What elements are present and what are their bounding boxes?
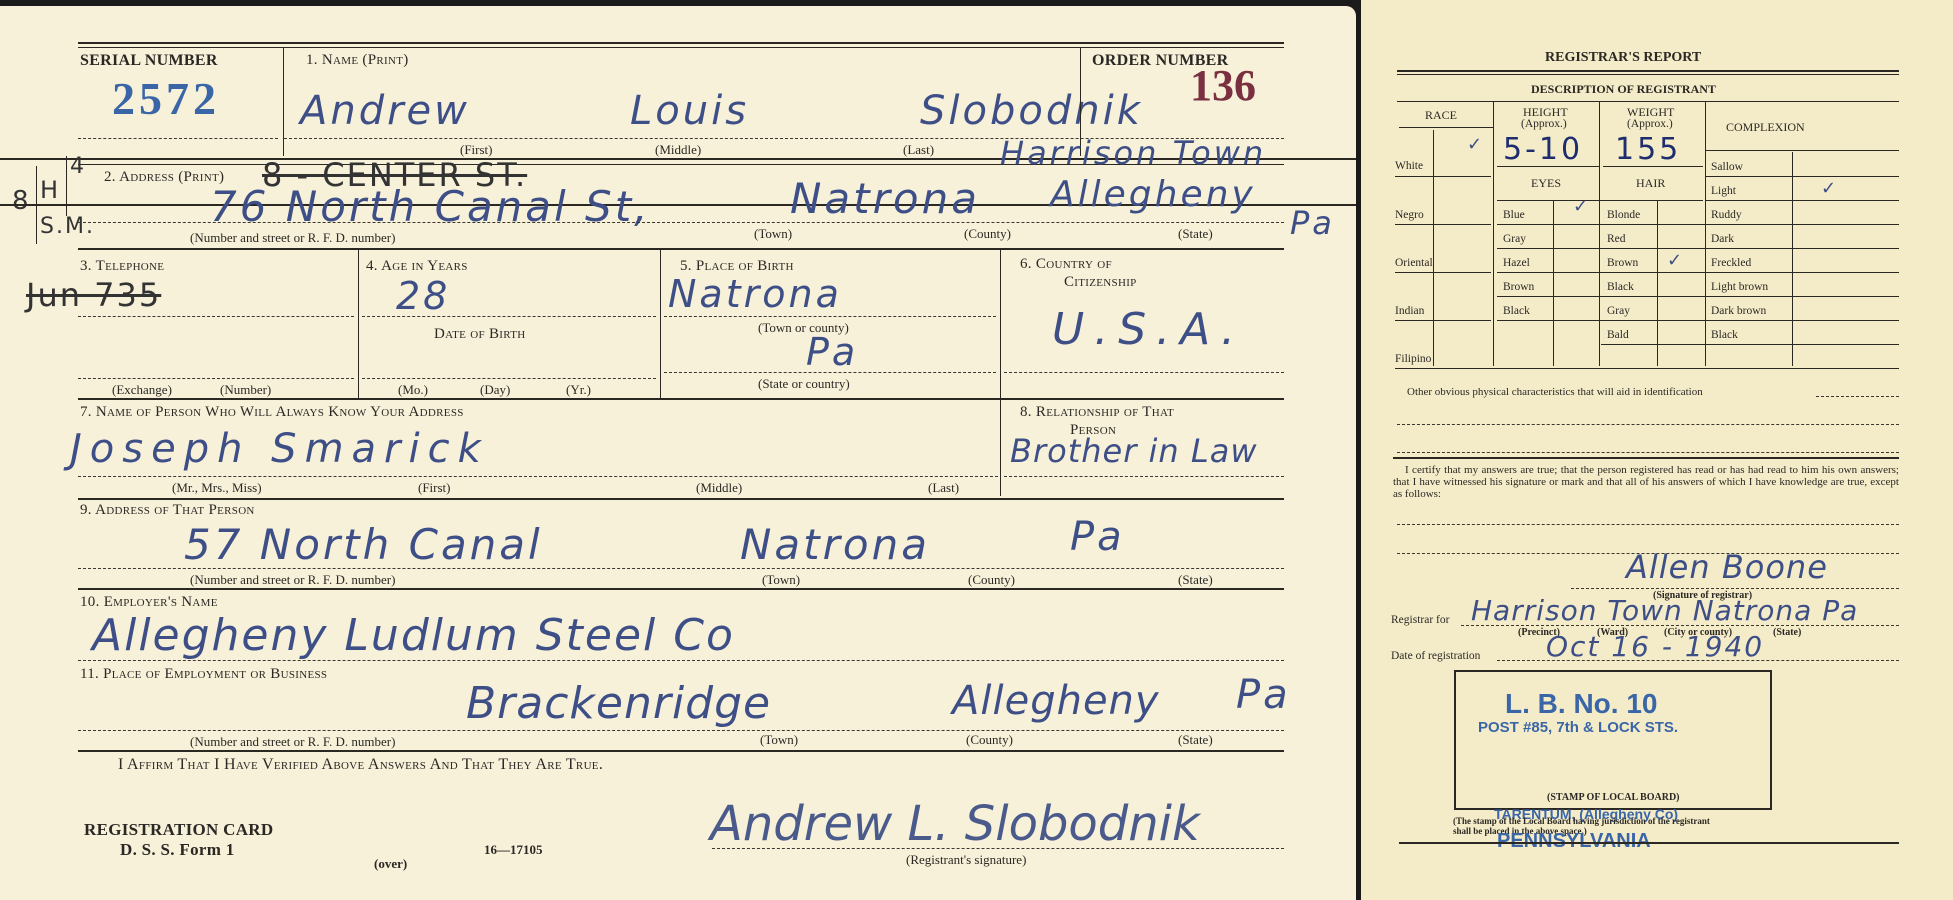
sublabel-last: (Last) — [903, 142, 934, 158]
sublabel-state-or-country: (State or country) — [758, 376, 850, 392]
description-title: DESCRIPTION OF REGISTRANT — [1531, 82, 1716, 97]
sublabel-last: (Last) — [928, 480, 959, 496]
form-code: 16—17105 — [484, 842, 543, 858]
divider — [78, 750, 1284, 752]
complexion-option-black: Black — [1711, 329, 1738, 341]
margin-note: 8 — [12, 186, 31, 216]
divider — [1599, 102, 1600, 366]
citizenship-label-line2: Citizenship — [1064, 274, 1137, 291]
name-last-value: Slobodnik — [920, 88, 1143, 134]
margin-note: 4 — [70, 154, 86, 179]
address-county-value: Allegheny — [1050, 174, 1256, 215]
form-number: D. S. S. Form 1 — [120, 840, 235, 860]
serial-number-label: SERIAL NUMBER — [80, 52, 218, 70]
divider — [362, 378, 656, 379]
divider — [1004, 372, 1284, 373]
race-option-oriental: Oriental — [1395, 257, 1433, 269]
contact-address-label: 9. Address of That Person — [80, 502, 255, 519]
complexion-option-freckled: Freckled — [1711, 257, 1751, 269]
hair-option-black: Black — [1607, 281, 1634, 293]
divider — [1601, 344, 1899, 345]
employer-value: Allegheny Ludlum Steel Co — [92, 610, 735, 661]
sublabel-mo: (Mo.) — [398, 382, 428, 398]
weight-value: 155 — [1615, 132, 1681, 167]
divider — [1792, 152, 1793, 366]
employer-label: 10. Employer's Name — [80, 594, 218, 611]
registrant-signature: Andrew L. Slobodnik — [710, 796, 1200, 852]
divider — [1433, 130, 1434, 366]
hair-check-icon: ✓ — [1667, 250, 1682, 271]
age-label: 4. Age in Years — [366, 258, 468, 275]
place-of-birth-state: Pa — [806, 330, 858, 374]
divider — [1004, 476, 1284, 477]
divider — [78, 222, 1284, 223]
divider — [1397, 74, 1899, 75]
contact-address-street: 57 North Canal — [184, 520, 543, 569]
divider — [1497, 272, 1899, 273]
race-option-indian: Indian — [1395, 305, 1424, 317]
registrant-signature-label: (Registrant's signature) — [906, 852, 1026, 868]
registrar-for-label: Registrar for — [1391, 614, 1449, 626]
telephone-value: Jun 735 — [26, 276, 161, 314]
divider — [78, 568, 1284, 569]
divider — [78, 476, 998, 477]
sublabel-middle: (Middle) — [696, 480, 742, 496]
place-of-employment-county: Allegheny — [952, 678, 1160, 724]
registrar-signature: Allen Boone — [1626, 548, 1828, 586]
divider — [1395, 320, 1491, 321]
divider — [1497, 296, 1899, 297]
divider — [1397, 452, 1899, 453]
height-subheader: (Approx.) — [1521, 118, 1567, 130]
name-first-value: Andrew — [300, 88, 470, 134]
divider — [1603, 166, 1703, 167]
stamp-line1: L. B. No. 10 — [1505, 688, 1657, 720]
divider — [78, 138, 278, 139]
hair-option-brown: Brown — [1607, 257, 1638, 269]
registrars-report-title: REGISTRAR'S REPORT — [1545, 50, 1701, 66]
certification-text: I certify that my answers are true; that… — [1393, 464, 1899, 500]
place-of-birth-town: Natrona — [668, 272, 842, 316]
serial-number-value: 2572 — [112, 72, 220, 125]
hair-option-red: Red — [1607, 233, 1626, 245]
divider — [1399, 842, 1899, 844]
divider — [1497, 166, 1599, 167]
hair-option-gray: Gray — [1607, 305, 1630, 317]
place-of-employment-town: Brackenridge — [466, 678, 771, 729]
sublabel-street: (Number and street or R. F. D. number) — [190, 734, 395, 750]
divider — [78, 42, 1284, 44]
divider — [78, 398, 1284, 400]
divider — [1395, 368, 1899, 369]
place-of-employment-state: Pa — [1236, 672, 1291, 718]
divider — [1571, 588, 1899, 589]
divider — [1497, 224, 1899, 225]
sublabel-town: (Town) — [754, 226, 792, 242]
registrars-report: REGISTRAR'S REPORT DESCRIPTION OF REGIST… — [1361, 0, 1953, 900]
complexion-option-dark-brown: Dark brown — [1711, 305, 1766, 317]
sublabel-yr: (Yr.) — [566, 382, 591, 398]
divider — [78, 730, 1284, 731]
complexion-option-light: Light — [1711, 185, 1736, 197]
sublabel-middle: (Middle) — [655, 142, 701, 158]
race-option-negro: Negro — [1395, 209, 1424, 221]
eyes-option-brown: Brown — [1503, 281, 1534, 293]
other-characteristics-label: Other obvious physical characteristics t… — [1407, 386, 1703, 398]
registration-card: SERIAL NUMBER 2572 1. Name (Print) Andre… — [0, 6, 1356, 900]
complexion-header: COMPLEXION — [1726, 120, 1805, 135]
order-number-value: 136 — [1190, 60, 1256, 111]
sublabel-town: (Town) — [762, 572, 800, 588]
divider — [1461, 625, 1899, 626]
divider — [78, 248, 1284, 250]
over-label: (over) — [374, 856, 407, 872]
divider — [283, 48, 284, 156]
divider — [1395, 224, 1491, 225]
divider — [664, 316, 996, 317]
eyes-option-blue: Blue — [1503, 209, 1525, 221]
divider — [1000, 400, 1001, 496]
affirmation-text: I Affirm That I Have Verified Above Answ… — [118, 756, 603, 774]
date-of-registration-label: Date of registration — [1391, 650, 1480, 662]
date-of-birth-label: Date of Birth — [434, 326, 525, 343]
eyes-header: EYES — [1531, 176, 1561, 191]
sublabel-street: (Number and street or R. F. D. number) — [190, 572, 395, 588]
sublabel-state: (State) — [1773, 627, 1801, 638]
race-check-icon: ✓ — [1467, 134, 1482, 155]
contact-person-value: Joseph Smarick — [70, 426, 489, 472]
divider — [660, 250, 661, 398]
sublabel-exchange: (Exchange) — [112, 382, 172, 398]
registrar-for-value: Harrison Town Natrona Pa — [1471, 594, 1858, 627]
divider — [362, 316, 656, 317]
race-header: RACE — [1425, 108, 1457, 123]
divider — [78, 316, 354, 317]
sublabel-county: (County) — [966, 732, 1013, 748]
stamp-note-line1: (The stamp of the Local Board having jur… — [1453, 816, 1710, 826]
sublabel-town: (Town) — [760, 732, 798, 748]
hair-option-bald: Bald — [1607, 329, 1629, 341]
stamp-caption: (STAMP OF LOCAL BOARD) — [1547, 792, 1680, 803]
sublabel-state: (State) — [1178, 226, 1213, 242]
divider — [78, 660, 1284, 661]
age-value: 28 — [396, 274, 450, 318]
sublabel-state: (State) — [1178, 732, 1213, 748]
divider — [1397, 70, 1899, 72]
sublabel-street: (Number and street or R. F. D. number) — [190, 230, 395, 246]
complexion-option-light-brown: Light brown — [1711, 281, 1768, 293]
complexion-check-icon: ✓ — [1821, 178, 1836, 199]
divider — [1397, 101, 1899, 102]
sublabel-first: (First) — [418, 480, 451, 496]
divider — [1399, 127, 1493, 128]
sublabel-county: (County) — [964, 226, 1011, 242]
sublabel-number: (Number) — [220, 382, 271, 398]
hair-option-blonde: Blonde — [1607, 209, 1640, 221]
place-of-employment-label: 11. Place of Employment or Business — [80, 666, 327, 683]
sublabel-title: (Mr., Mrs., Miss) — [172, 480, 262, 496]
divider — [1493, 102, 1494, 366]
divider — [1705, 176, 1899, 177]
address-street-value: 76 North Canal St, — [210, 182, 651, 231]
divider — [1393, 457, 1899, 459]
registration-card-title: REGISTRATION CARD — [84, 820, 273, 840]
divider — [1497, 200, 1703, 201]
divider — [1705, 200, 1899, 201]
sublabel-day: (Day) — [480, 382, 510, 398]
relationship-value: Brother in Law — [1010, 432, 1257, 470]
divider — [78, 498, 1284, 500]
hair-header: HAIR — [1636, 176, 1665, 191]
divider — [1705, 150, 1899, 151]
complexion-option-dark: Dark — [1711, 233, 1734, 245]
address-town-value: Natrona — [790, 174, 980, 223]
contact-address-state: Pa — [1070, 514, 1125, 560]
divider — [1000, 250, 1001, 398]
divider — [1705, 102, 1706, 366]
complexion-option-sallow: Sallow — [1711, 161, 1743, 173]
sublabel-state: (State) — [1178, 572, 1213, 588]
divider — [78, 378, 354, 379]
address-label: 2. Address (Print) — [104, 169, 224, 186]
race-option-filipino: Filipino — [1395, 353, 1431, 365]
date-of-registration-value: Oct 16 - 1940 — [1546, 630, 1764, 663]
complexion-option-ruddy: Ruddy — [1711, 209, 1742, 221]
divider — [1497, 320, 1899, 321]
divider — [78, 588, 1284, 590]
divider — [358, 250, 359, 398]
margin-note: H — [40, 176, 60, 204]
address-township-value: Harrison Town — [1000, 134, 1266, 172]
divider — [1395, 272, 1491, 273]
name-label: 1. Name (Print) — [306, 52, 409, 69]
divider — [712, 848, 1284, 849]
relationship-label: 8. Relationship of That — [1020, 404, 1174, 421]
divider — [1397, 524, 1899, 525]
citizenship-label: 6. Country of — [1020, 256, 1112, 273]
eyes-option-black: Black — [1503, 305, 1530, 317]
telephone-label: 3. Telephone — [80, 258, 164, 275]
eyes-check-icon: ✓ — [1573, 196, 1588, 217]
citizenship-value: U.S.A. — [1052, 304, 1245, 355]
stamp-line2: POST #85, 7th & LOCK STS. — [1478, 719, 1678, 736]
divider — [66, 156, 67, 216]
name-middle-value: Louis — [630, 88, 749, 134]
divider — [664, 372, 996, 373]
eyes-option-hazel: Hazel — [1503, 257, 1530, 269]
address-state-value: Pa — [1290, 204, 1335, 242]
divider — [1497, 248, 1899, 249]
sublabel-county: (County) — [968, 572, 1015, 588]
race-option-white: White — [1395, 160, 1423, 172]
contact-address-town: Natrona — [740, 520, 930, 569]
divider — [1397, 424, 1899, 425]
divider — [1395, 176, 1491, 177]
eyes-option-gray: Gray — [1503, 233, 1526, 245]
divider — [1497, 660, 1899, 661]
divider — [78, 47, 1284, 48]
weight-subheader: (Approx.) — [1627, 118, 1673, 130]
height-value: 5-10 — [1503, 132, 1583, 167]
margin-note: S.M. — [40, 214, 95, 239]
contact-person-label: 7. Name of Person Who Will Always Know Y… — [80, 404, 464, 421]
divider — [1816, 396, 1899, 397]
